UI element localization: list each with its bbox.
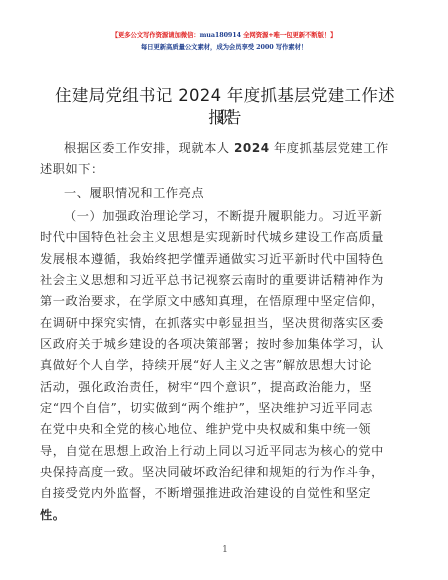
body-line: 区政府关于城乡建设的各项决策部署；按时参加集体学习，认 (40, 334, 370, 355)
body-line: 时代中国特色社会主义思想是实现新时代城乡建设工作高质量 (40, 227, 370, 248)
section-heading-1: 一、履职情况和工作亮点 (64, 183, 394, 204)
intro-text-a: 根据区委工作安排，现就本人 (64, 141, 234, 155)
body-line: 央保持高度一致。坚决同破坏政治纪律和规矩的行为作斗争， (40, 462, 370, 483)
body-line: 定“四个自信”，切实做到“两个维护”，坚决维护习近平同志 (40, 398, 370, 419)
document-title-line-2: 报告 (50, 107, 400, 129)
intro-text-b: 年度抓基层党建工作 (270, 141, 389, 155)
promo-banner-text-b: 全网资源+唯一包更新不断版！】 (241, 31, 336, 39)
intro-year: 2024 (234, 141, 270, 155)
body-line: 发展根本遵循，我始终把学懂弄通做实习近平新时代中国特色 (40, 249, 370, 270)
body-line: 性。 (40, 505, 370, 526)
intro-line-2: 述职如下： (40, 159, 370, 180)
body-line: 在党中央和全党的核心地位、维护党中央权威和集中统一领 (40, 419, 370, 440)
body-line: （一）加强政治理论学习，不断提升履职能力。习近平新 (64, 206, 394, 227)
promo-banner-line-1: 【更多公文写作资源请加微信：mua180914 全网资源+唯一包更新不断版！】 (0, 31, 448, 39)
body-line: 在调研中探究实情，在抓落实中彰显担当，坚决贯彻落实区委 (40, 313, 370, 334)
body-line: 社会主义思想和习近平总书记视察云南时的重要讲话精神作为 (40, 270, 370, 291)
intro-line-1: 根据区委工作安排，现就本人 2024 年度抓基层党建工作 (64, 138, 394, 159)
body-line: 第一政治要求，在学原文中感知真理，在悟原理中坚定信仰， (40, 291, 370, 312)
page-number: 1 (219, 545, 231, 555)
body-line: 导，自觉在思想上政治上行动上同以习近平同志为核心的党中 (40, 441, 370, 462)
body-line: 自接受党内外监督，不断增强推进政治建设的自觉性和坚定 (40, 483, 370, 504)
promo-banner-wechat-id: mua180914 (200, 31, 241, 39)
document-page: 【更多公文写作资源请加微信：mua180914 全网资源+唯一包更新不断版！】 … (0, 0, 448, 580)
body-line: 活动，强化政治责任，树牢“四个意识”，提高政治能力，坚 (40, 377, 370, 398)
promo-banner-text-a: 【更多公文写作资源请加微信： (112, 31, 200, 39)
body-line: 真做好个人自学，持续开展“好人主义之害”解放思想大讨论 (40, 355, 370, 376)
promo-banner-line-2: 每日更新高质量公文素材，成为会员享受 2000 写作素材！ (0, 43, 448, 51)
